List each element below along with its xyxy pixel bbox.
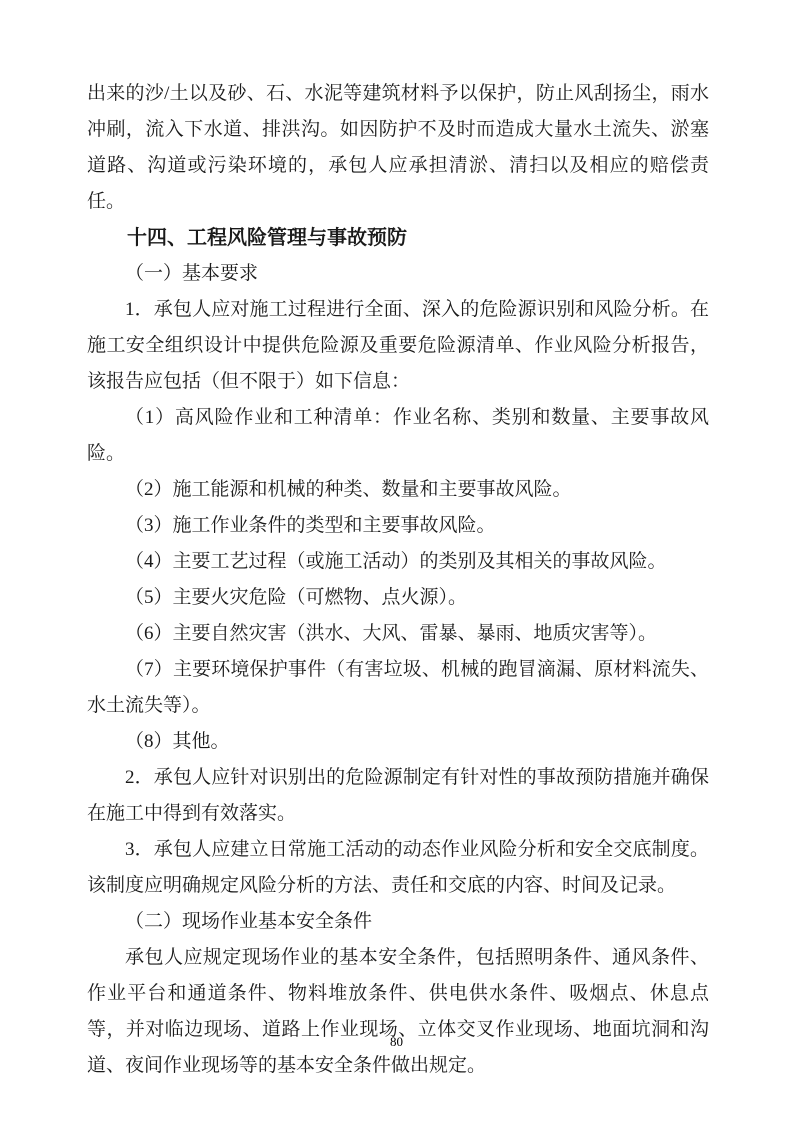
list-item: （3）施工作业条件的类型和主要事故风险。 <box>87 508 709 544</box>
document-body: 出来的沙/土以及砂、石、水泥等建筑材料予以保护，防止风刮扬尘，雨水冲刷，流入下水… <box>87 76 709 1084</box>
page-number: 80 <box>0 1033 793 1051</box>
paragraph: 出来的沙/土以及砂、石、水泥等建筑材料予以保护，防止风刮扬尘，雨水冲刷，流入下水… <box>87 76 709 220</box>
subsection-heading: （二）现场作业基本安全条件 <box>87 904 709 940</box>
list-item: （4）主要工艺过程（或施工活动）的类别及其相关的事故风险。 <box>87 544 709 580</box>
paragraph: 2．承包人应针对识别出的危险源制定有针对性的事故预防措施并确保在施工中得到有效落… <box>87 760 709 832</box>
list-item: （7）主要环境保护事件（有害垃圾、机械的跑冒滴漏、原材料流失、水土流失等）。 <box>87 652 709 724</box>
list-item: （2）施工能源和机械的种类、数量和主要事故风险。 <box>87 472 709 508</box>
paragraph: 1．承包人应对施工过程进行全面、深入的危险源识别和风险分析。在施工安全组织设计中… <box>87 292 709 400</box>
section-heading: 十四、工程风险管理与事故预防 <box>87 220 709 256</box>
paragraph: 3．承包人应建立日常施工活动的动态作业风险分析和安全交底制度。该制度应明确规定风… <box>87 832 709 904</box>
list-item: （5）主要火灾危险（可燃物、点火源）。 <box>87 580 709 616</box>
document-page: 出来的沙/土以及砂、石、水泥等建筑材料予以保护，防止风刮扬尘，雨水冲刷，流入下水… <box>0 0 793 1122</box>
list-item: （6）主要自然灾害（洪水、大风、雷暴、暴雨、地质灾害等）。 <box>87 616 709 652</box>
subsection-heading: （一）基本要求 <box>87 256 709 292</box>
list-item: （8）其他。 <box>87 724 709 760</box>
paragraph: 承包人应规定现场作业的基本安全条件，包括照明条件、通风条件、作业平台和通道条件、… <box>87 940 709 1084</box>
list-item: （1）高风险作业和工种清单：作业名称、类别和数量、主要事故风险。 <box>87 400 709 472</box>
